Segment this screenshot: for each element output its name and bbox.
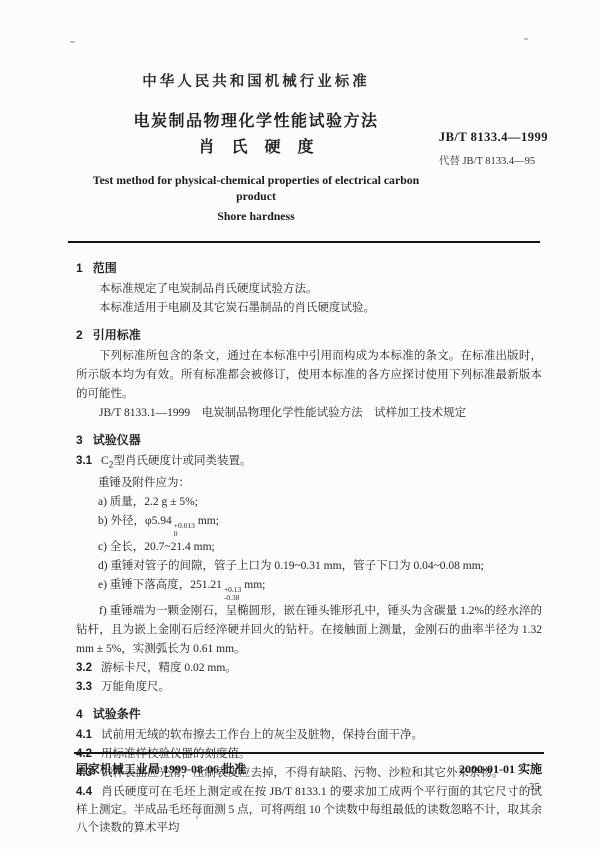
section-4-number: 4: [76, 707, 83, 721]
clause-4-2-number: 4.2: [76, 748, 92, 760]
english-title-line2: Shore hardness: [76, 208, 436, 224]
hammer-item-d: d) 重锤对管子的间隙，管子上口为 0.19~0.31 mm，管子下口为 0.0…: [98, 557, 542, 576]
section-3-heading: 3试验仪器: [76, 431, 542, 450]
tolerance-lower: -0.38: [224, 594, 240, 602]
tolerance-stack-b: +0.0130: [174, 522, 195, 538]
section-4-title: 试验条件: [93, 707, 141, 721]
standard-number-block: JB/T 8133.4—1999 代替 JB/T 8133.4—95: [439, 130, 548, 168]
header-divider: [68, 241, 540, 243]
hammer-item-b-unit: mm;: [198, 515, 219, 527]
clause-3-1-text: C: [101, 455, 109, 467]
clause-4-1: 4.1试前用无绒的软布擦去工作台上的灰尘及脏物，保持台面干净。: [76, 726, 542, 745]
scope-paragraph-2: 本标准适用于电刷及其它炭石墨制品的肖氏硬度试验。: [76, 299, 542, 318]
scan-speck: [196, 816, 198, 819]
clause-4-4-number: 4.4: [76, 786, 92, 798]
clause-3-2-text: 游标卡尺，精度 0.02 mm。: [101, 662, 237, 674]
clause-4-4-text: 肖氏硬度可在毛坯上测定或在按 JB/T 8133.1 的要求加工成两个平行面的其…: [76, 786, 542, 834]
english-title-line1: Test method for physical-chemical proper…: [76, 172, 436, 204]
tolerance-stack-e: +0.13-0.38: [224, 586, 241, 602]
footer-divider: [74, 752, 544, 754]
title-center-column: 电炭制品物理化学性能试验方法 肖氏硬度 Test method for phys…: [76, 110, 436, 224]
clause-3-1: 3.1C2型肖氏硬度计或同类装置。: [76, 452, 542, 474]
hammer-item-a: a) 质量，2.2 g ± 5%;: [98, 493, 542, 512]
clause-3-1-text-rest: 型肖氏硬度计或同类装置。: [113, 455, 251, 467]
document-title-line1: 电炭制品物理化学性能试验方法: [76, 110, 436, 134]
clause-3-3-number: 3.3: [76, 681, 92, 693]
section-1-heading: 1范围: [76, 259, 542, 278]
hammer-item-b: b) 外径，φ5.94+0.0130mm;: [98, 512, 542, 538]
hammer-accessories-note: 重锤及附件应为：: [98, 474, 542, 493]
page-number: 35: [529, 781, 540, 793]
section-2-heading: 2引用标准: [76, 326, 542, 345]
hammer-item-e-unit: mm;: [244, 579, 265, 591]
section-4-heading: 4试验条件: [76, 705, 542, 724]
section-1-number: 1: [76, 261, 83, 275]
hammer-item-e: e) 重锤下落高度，251.21+0.13-0.38mm;: [98, 576, 542, 602]
scan-speck: [70, 41, 75, 43]
clause-4-1-number: 4.1: [76, 729, 92, 741]
hammer-item-f: f) 重锤端为一颗金刚石，呈椭圆形，嵌在锤头锥形孔中，锤头为含碳量 1.2%的经…: [76, 602, 542, 659]
tolerance-lower: 0: [174, 530, 178, 538]
referenced-standard-entry: JB/T 8133.1—1999 电炭制品物理化学性能试验方法 试样加工技术规定: [76, 404, 542, 423]
document-title-line2: 肖氏硬度: [76, 136, 436, 160]
document-page: 中华人民共和国机械行业标准 电炭制品物理化学性能试验方法 肖氏硬度 Test m…: [0, 0, 600, 849]
hammer-item-b-text: b) 外径，φ5.94: [98, 515, 172, 527]
section-2-title: 引用标准: [93, 328, 141, 342]
section-3-number: 3: [76, 433, 83, 447]
hammer-item-e-text: e) 重锤下落高度，251.21: [98, 579, 222, 591]
clause-4-4: 4.4肖氏硬度可在毛坯上测定或在按 JB/T 8133.1 的要求加工成两个平行…: [76, 783, 542, 837]
referenced-standards-paragraph: 下列标准所包含的条文，通过在本标准中引用而构成为本标准的条文。在标准出版时，所示…: [76, 347, 542, 404]
clause-4-1-text: 试前用无绒的软布擦去工作台上的灰尘及脏物，保持台面干净。: [101, 729, 423, 741]
standard-number: JB/T 8133.4—1999: [439, 130, 548, 145]
implementation-date: 2000-01-01 实施: [459, 760, 542, 777]
clause-3-3: 3.3万能角度尺。: [76, 678, 542, 697]
clause-3-2: 3.2游标卡尺，精度 0.02 mm。: [76, 659, 542, 678]
section-3-title: 试验仪器: [93, 433, 141, 447]
section-2-number: 2: [76, 328, 83, 342]
standard-type-heading: 中华人民共和国机械行业标准: [76, 72, 436, 92]
hammer-item-c: c) 全长，20.7~21.4 mm;: [98, 538, 542, 557]
replaced-standard: 代替 JB/T 8133.4—95: [439, 153, 548, 168]
scope-paragraph-1: 本标准规定了电炭制品肖氏硬度试验方法。: [76, 280, 542, 299]
scan-speck: [524, 38, 528, 40]
section-1-title: 范围: [93, 261, 117, 275]
title-block: 电炭制品物理化学性能试验方法 肖氏硬度 Test method for phys…: [76, 110, 542, 224]
clause-3-3-text: 万能角度尺。: [101, 681, 170, 693]
clause-3-1-number: 3.1: [76, 455, 92, 467]
clause-4-2-text: 用标准样校验仪器的刻度值。: [101, 748, 251, 760]
footer: 国家机械工业局 1999-08-06 批准 2000-01-01 实施: [76, 760, 542, 777]
clause-3-2-number: 3.2: [76, 662, 92, 674]
approval-authority: 国家机械工业局 1999-08-06 批准: [76, 760, 246, 777]
